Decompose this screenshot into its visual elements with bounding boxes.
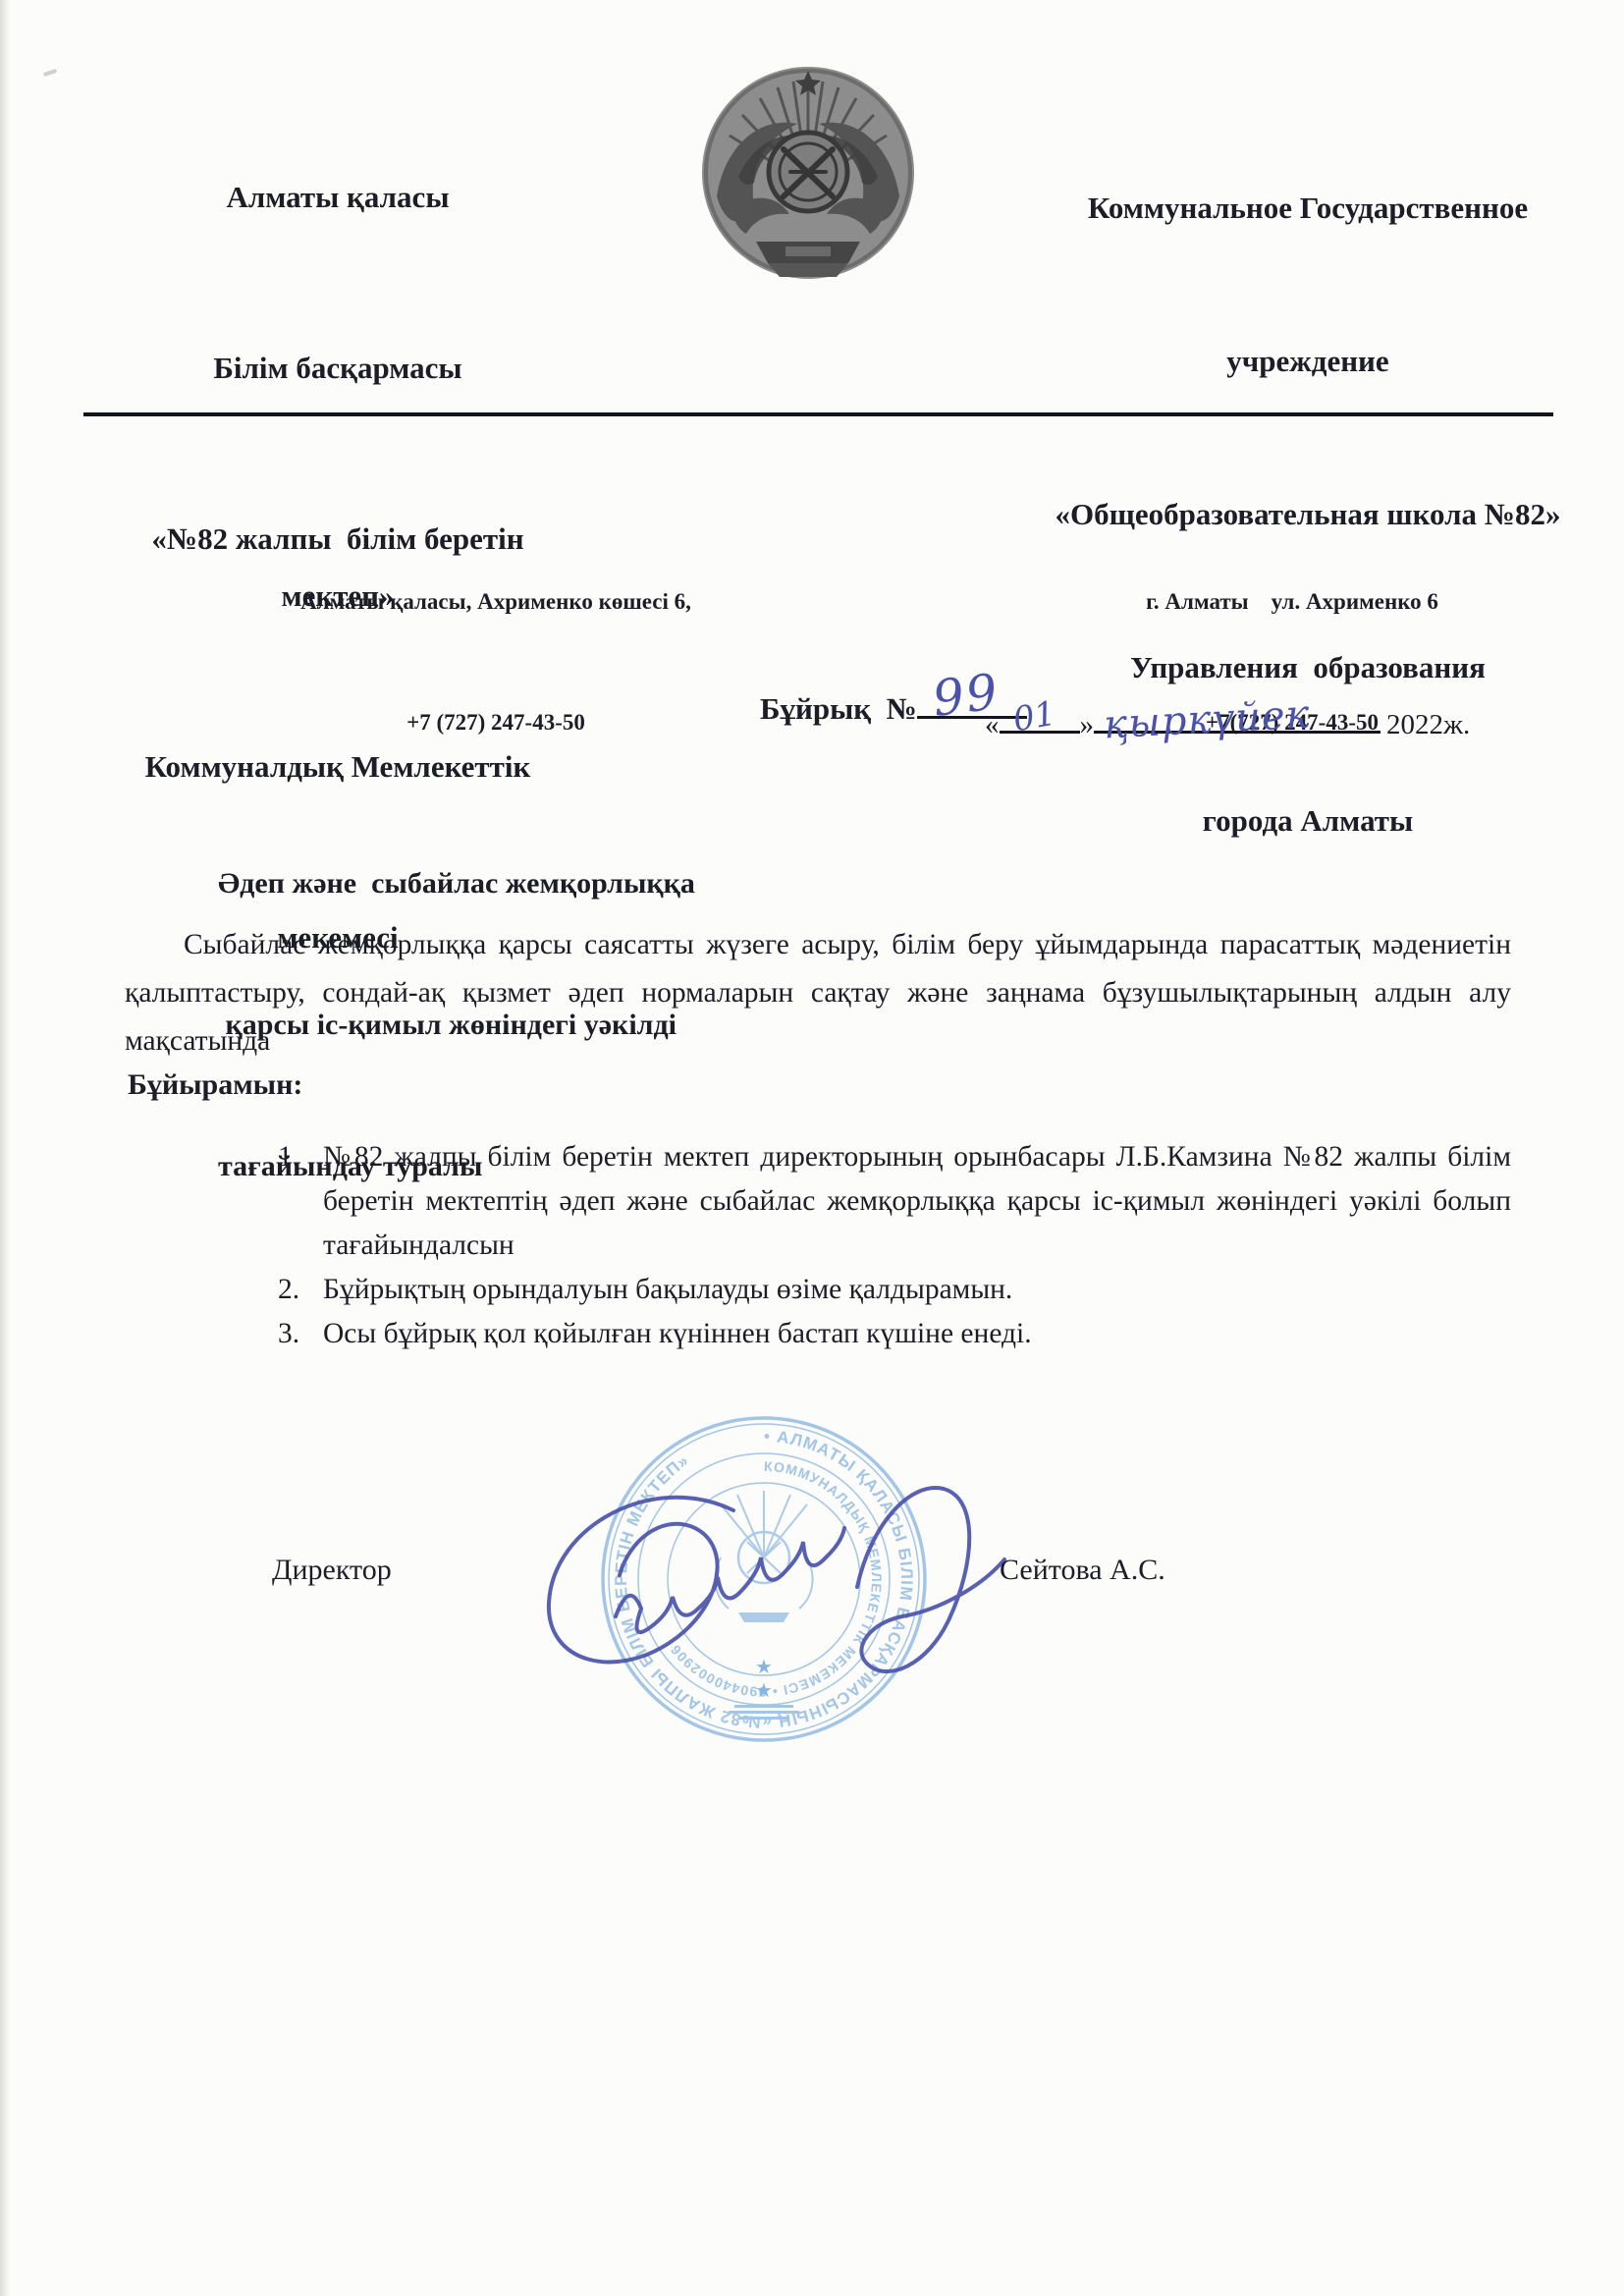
director-signature xyxy=(525,1469,1075,1715)
list-item-number: 3. xyxy=(278,1312,323,1356)
letterhead-left-line: Алматы қаласы xyxy=(116,169,560,226)
scan-edge-shadow xyxy=(0,0,10,2296)
letterhead-right-line: Коммунальное Государственное xyxy=(1033,183,1583,234)
horizontal-divider xyxy=(83,412,1553,416)
phone-line: +7 (727) 247-43-50 xyxy=(234,702,758,742)
date-month-underline: қыркүйек xyxy=(1094,695,1380,734)
list-item-text: Осы бұйрық қол қойылған күніннен бастап … xyxy=(323,1312,1511,1356)
kazakhstan-coat-of-arms-icon xyxy=(699,59,917,287)
letterhead-left-line: Білім басқармасы xyxy=(116,340,560,397)
order-preamble: Сыбайлас жемқорлыққа қарсы саясатты жүзе… xyxy=(125,921,1511,1066)
scanned-order-document: Алматы қаласы Білім басқармасы «№82 жалп… xyxy=(0,0,1624,2296)
quote-close: » xyxy=(1080,709,1095,740)
list-item-text: №82 жалпы білім беретін мектеп директоры… xyxy=(323,1135,1511,1268)
resolution-label: Бұйырамын: xyxy=(128,1068,302,1102)
handwritten-month: қыркүйек xyxy=(1103,692,1312,748)
list-item-number: 2. xyxy=(278,1268,323,1312)
letterhead-right-line: учреждение xyxy=(1033,336,1583,387)
list-item-number: 1. xyxy=(278,1135,323,1268)
date-year: 2022ж. xyxy=(1380,709,1470,740)
order-label: Бұйрық № xyxy=(760,691,917,726)
quote-open: « xyxy=(985,709,1000,740)
order-date-line: «01»қыркүйек2022ж. xyxy=(985,695,1470,741)
list-item: 3. Осы бұйрық қол қойылған күніннен баст… xyxy=(278,1312,1511,1356)
signature-role: Директор xyxy=(272,1554,392,1587)
contact-block-russian: г. Алматы ул. Ахрименко 6 +7(727) 247-43… xyxy=(1066,501,1518,823)
handwritten-day: 01 xyxy=(1009,694,1058,740)
list-item-text: Бұйрықтың орындалуын бақылауды өзіме қал… xyxy=(323,1268,1511,1312)
list-item: 2. Бұйрықтың орындалуын бақылауды өзіме … xyxy=(278,1268,1511,1312)
scan-artifact xyxy=(43,69,58,77)
resolution-items: 1. №82 жалпы білім беретін мектеп директ… xyxy=(278,1135,1511,1356)
subject-line: Әдеп және сыбайлас жемқорлыққа xyxy=(218,860,797,907)
address-line: г. Алматы ул. Ахрименко 6 xyxy=(1066,581,1518,622)
address-line: Алматы қаласы, Ахрименко көшесі 6, xyxy=(234,581,758,622)
signature-name: Сейтова А.С. xyxy=(1000,1554,1165,1587)
date-day-underline: 01 xyxy=(1000,695,1080,734)
order-number-line: Бұйрық №99 xyxy=(730,641,1027,762)
list-item: 1. №82 жалпы білім беретін мектеп директ… xyxy=(278,1135,1511,1268)
